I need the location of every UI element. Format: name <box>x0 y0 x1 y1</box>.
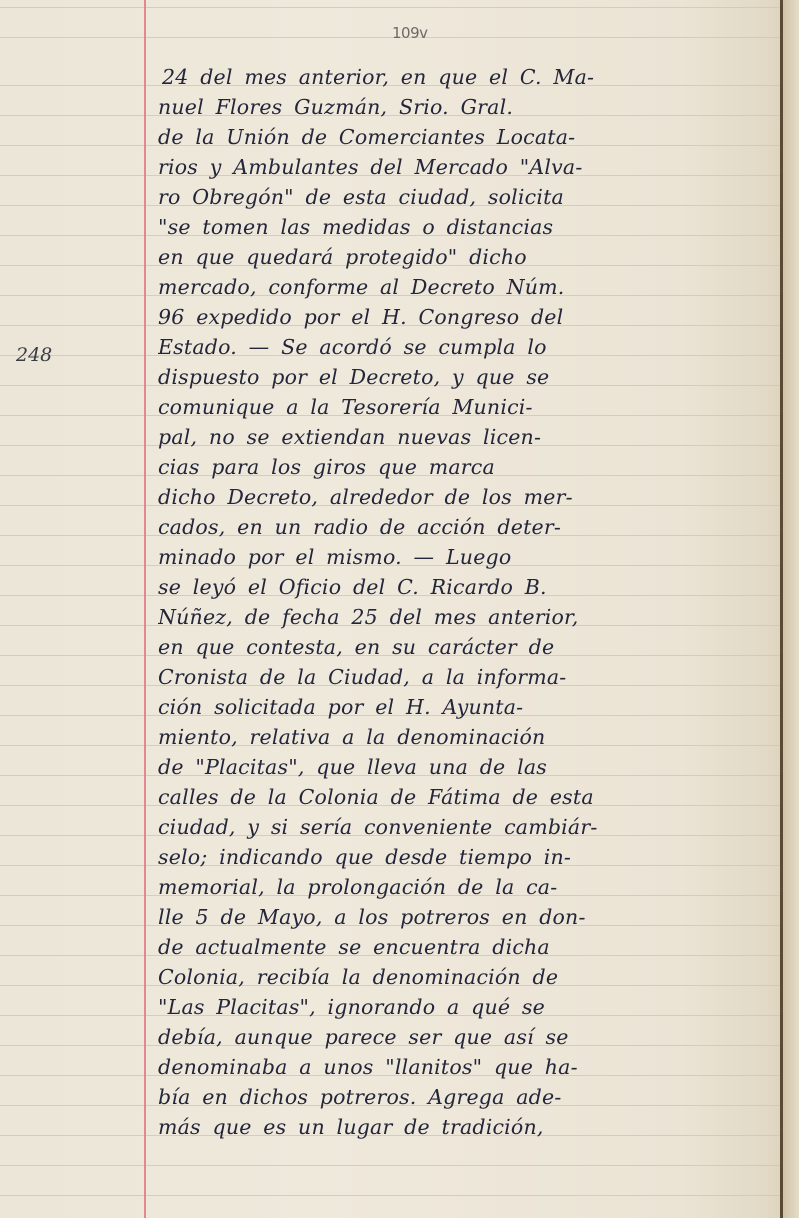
entry-number: 248 <box>16 344 52 366</box>
text-line: ciudad, y si sería conveniente cambiár- <box>158 812 778 842</box>
text-line: 24 del mes anterior, en que el C. Ma- <box>158 62 778 92</box>
text-line: denominaba a unos "llanitos" que ha- <box>158 1052 778 1082</box>
text-line: Núñez, de fecha 25 del mes anterior, <box>158 602 778 632</box>
text-line: lle 5 de Mayo, a los potreros en don- <box>158 902 778 932</box>
text-line: mercado, conforme al Decreto Núm. <box>158 272 778 302</box>
text-line: selo; indicando que desde tiempo in- <box>158 842 778 872</box>
text-line: calles de la Colonia de Fátima de esta <box>158 782 778 812</box>
text-line: se leyó el Oficio del C. Ricardo B. <box>158 572 778 602</box>
text-line: 96 expedido por el H. Congreso del <box>158 302 778 332</box>
folio-number: 109v <box>392 24 428 42</box>
margin-line <box>144 0 146 1218</box>
text-line: dispuesto por el Decreto, y que se <box>158 362 778 392</box>
text-line: cados, en un radio de acción deter- <box>158 512 778 542</box>
text-line: más que es un lugar de tradición, <box>158 1112 778 1142</box>
handwritten-text: 24 del mes anterior, en que el C. Ma- nu… <box>158 62 778 1142</box>
text-line: Estado. — Se acordó se cumpla lo <box>158 332 778 362</box>
text-line: pal, no se extiendan nuevas licen- <box>158 422 778 452</box>
text-line: cias para los giros que marca <box>158 452 778 482</box>
text-line: ro Obregón" de esta ciudad, solicita <box>158 182 778 212</box>
text-line: bía en dichos potreros. Agrega ade- <box>158 1082 778 1112</box>
text-line: dicho Decreto, alrededor de los mer- <box>158 482 778 512</box>
text-line: "Las Placitas", ignorando a qué se <box>158 992 778 1022</box>
text-line: rios y Ambulantes del Mercado "Alva- <box>158 152 778 182</box>
text-line: en que contesta, en su carácter de <box>158 632 778 662</box>
text-line: ción solicitada por el H. Ayunta- <box>158 692 778 722</box>
text-line: minado por el mismo. — Luego <box>158 542 778 572</box>
text-line: Colonia, recibía la denominación de <box>158 962 778 992</box>
text-line: debía, aunque parece ser que así se <box>158 1022 778 1052</box>
text-line: comunique a la Tesorería Munici- <box>158 392 778 422</box>
text-line: memorial, la prolongación de la ca- <box>158 872 778 902</box>
next-page-edge <box>783 0 799 1218</box>
text-line: de la Unión de Comerciantes Locata- <box>158 122 778 152</box>
text-line: "se tomen las medidas o distancias <box>158 212 778 242</box>
text-line: de "Placitas", que lleva una de las <box>158 752 778 782</box>
text-line: nuel Flores Guzmán, Srio. Gral. <box>158 92 778 122</box>
text-line: en que quedará protegido" dicho <box>158 242 778 272</box>
text-line: Cronista de la Ciudad, a la informa- <box>158 662 778 692</box>
text-line: miento, relativa a la denominación <box>158 722 778 752</box>
ledger-page: 109v 248 24 del mes anterior, en que el … <box>0 0 799 1218</box>
text-line: de actualmente se encuentra dicha <box>158 932 778 962</box>
